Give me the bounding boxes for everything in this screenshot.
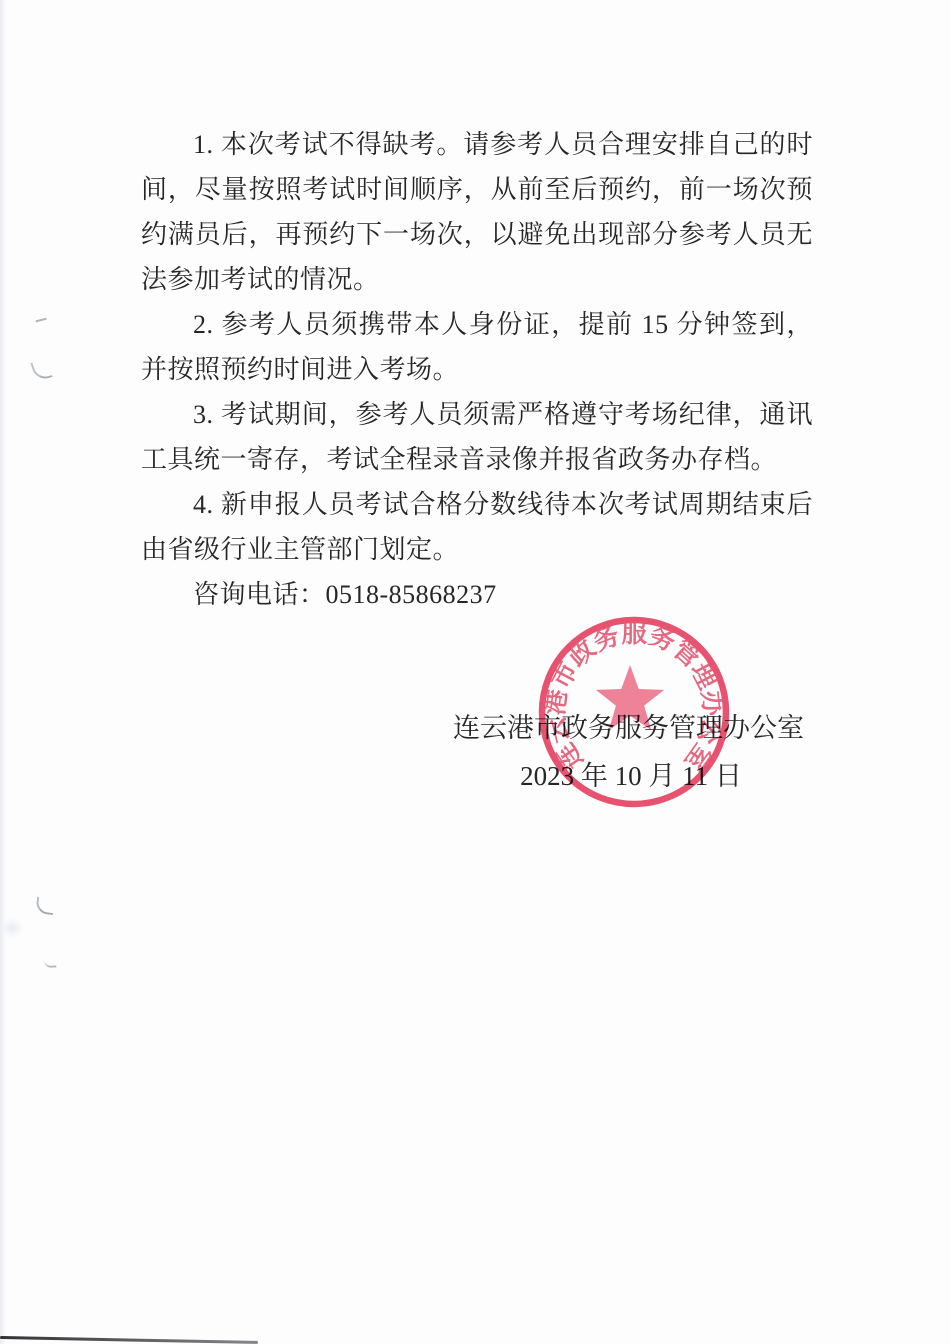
scan-smudge-4 xyxy=(43,956,56,968)
paragraph-2: 2. 参考人员须携带本人身份证，提前 15 分钟签到，并按照预约时间进入考场。 xyxy=(141,302,813,392)
contact-phone: 0518-85868237 xyxy=(326,580,497,609)
paragraph-1: 1. 本次考试不得缺考。请参考人员合理安排自己的时间，尽量按照考试时间顺序，从前… xyxy=(141,122,813,302)
paragraph-4: 4. 新申报人员考试合格分数线待本次考试周期结束后由省级行业主管部门划定。 xyxy=(141,482,813,572)
signature-organization: 连云港市政务服务管理办公室 xyxy=(453,711,809,745)
scan-edge-shade xyxy=(0,0,6,1344)
contact-label: 咨询电话： xyxy=(193,580,326,609)
document-body: 1. 本次考试不得缺考。请参考人员合理安排自己的时间，尽量按照考试时间顺序，从前… xyxy=(141,122,813,617)
paragraph-3: 3. 考试期间，参考人员须需严格遵守考场纪律，通讯工具统一寄存，考试全程录音录像… xyxy=(141,392,813,482)
document-page: 1. 本次考试不得缺考。请参考人员合理安排自己的时间，尽量按照考试时间顺序，从前… xyxy=(0,0,950,1344)
scan-smudge-1 xyxy=(36,318,48,326)
scan-smudge-3 xyxy=(35,897,55,915)
signature-date: 2023 年 10 月 11 日 xyxy=(453,759,809,793)
scan-smudge-2 xyxy=(30,358,52,382)
contact-line: 咨询电话：0518-85868237 xyxy=(141,572,813,617)
signature-block: 连云港市政务服务管理办公室 2023 年 10 月 11 日 xyxy=(453,711,809,793)
scan-edge-line xyxy=(0,1336,258,1344)
